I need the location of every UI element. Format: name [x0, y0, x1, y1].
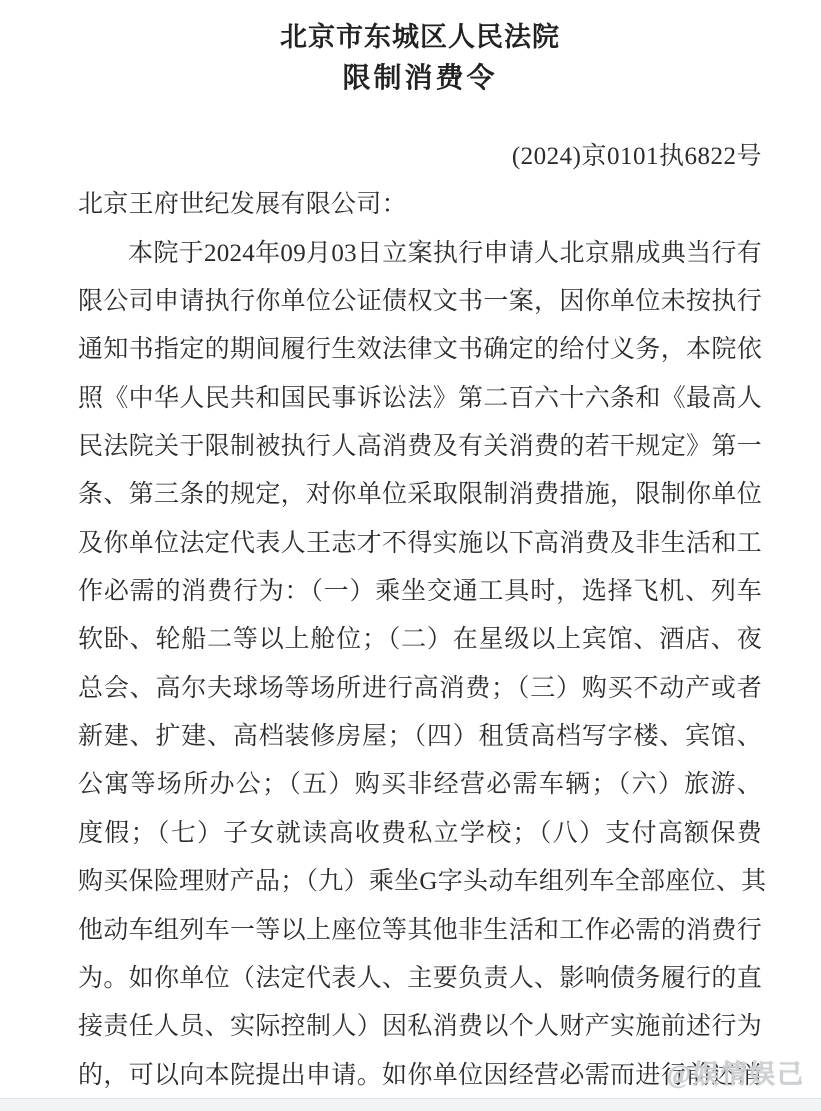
body-line: 的，可以向本院提出申请。如你单位因经营必需而进行前述消	[78, 1052, 762, 1100]
body-line: 公寓等场所办公；（五）购买非经营必需车辆；（六）旅游、	[78, 761, 762, 809]
document-page: 北京市东城区人民法院 限制消费令 (2024)京0101执6822号 北京王府世…	[0, 0, 821, 1111]
body-line: 及你单位法定代表人王志才不得实施以下高消费及非生活和工	[78, 520, 762, 568]
document-title: 限制消费令	[78, 62, 762, 96]
document-body: 本院于2024年09月03日立案执行申请人北京鼎成典当行有限公司申请执行你单位公…	[78, 230, 762, 1100]
body-line: 度假；（七）子女就读高收费私立学校；（八）支付高额保费	[78, 810, 762, 858]
body-line: 本院于2024年09月03日立案执行申请人北京鼎成典当行有	[78, 230, 762, 278]
body-line: 照《中华人民共和国民事诉讼法》第二百六十六条和《最高人	[78, 375, 762, 423]
body-line: 总会、高尔夫球场等场所进行高消费；（三）购买不动产或者	[78, 665, 762, 713]
body-line: 限公司申请执行你单位公证债权文书一案，因你单位未按执行	[78, 278, 762, 326]
body-line: 新建、扩建、高档装修房屋；（四）租赁高档写字楼、宾馆、	[78, 713, 762, 761]
body-line: 接责任人员、实际控制人）因私消费以个人财产实施前述行为	[78, 1003, 762, 1051]
court-name: 北京市东城区人民法院	[78, 20, 762, 54]
body-line: 条、第三条的规定，对你单位采取限制消费措施，限制你单位	[78, 471, 762, 519]
addressee: 北京王府世纪发展有限公司：	[78, 181, 762, 229]
body-line: 为。如你单位（法定代表人、主要负责人、影响债务履行的直	[78, 955, 762, 1003]
case-number: (2024)京0101执6822号	[78, 133, 762, 181]
body-line: 作必需的消费行为：（一）乘坐交通工具时，选择飞机、列车	[78, 568, 762, 616]
body-line: 民法院关于限制被执行人高消费及有关消费的若干规定》第一	[78, 423, 762, 471]
body-line: 他动车组列车一等以上座位等其他非生活和工作必需的消费行	[78, 907, 762, 955]
body-line: 通知书指定的期间履行生效法律文书确定的给付义务，本院依	[78, 326, 762, 374]
document-content: 北京市东城区人民法院 限制消费令 (2024)京0101执6822号 北京王府世…	[78, 0, 762, 1100]
body-line: 购买保险理财产品；（九）乘坐G字头动车组列车全部座位、其	[78, 858, 762, 906]
body-line: 软卧、轮船二等以上舱位；（二）在星级以上宾馆、酒店、夜	[78, 616, 762, 664]
bottom-edge	[0, 1098, 821, 1111]
